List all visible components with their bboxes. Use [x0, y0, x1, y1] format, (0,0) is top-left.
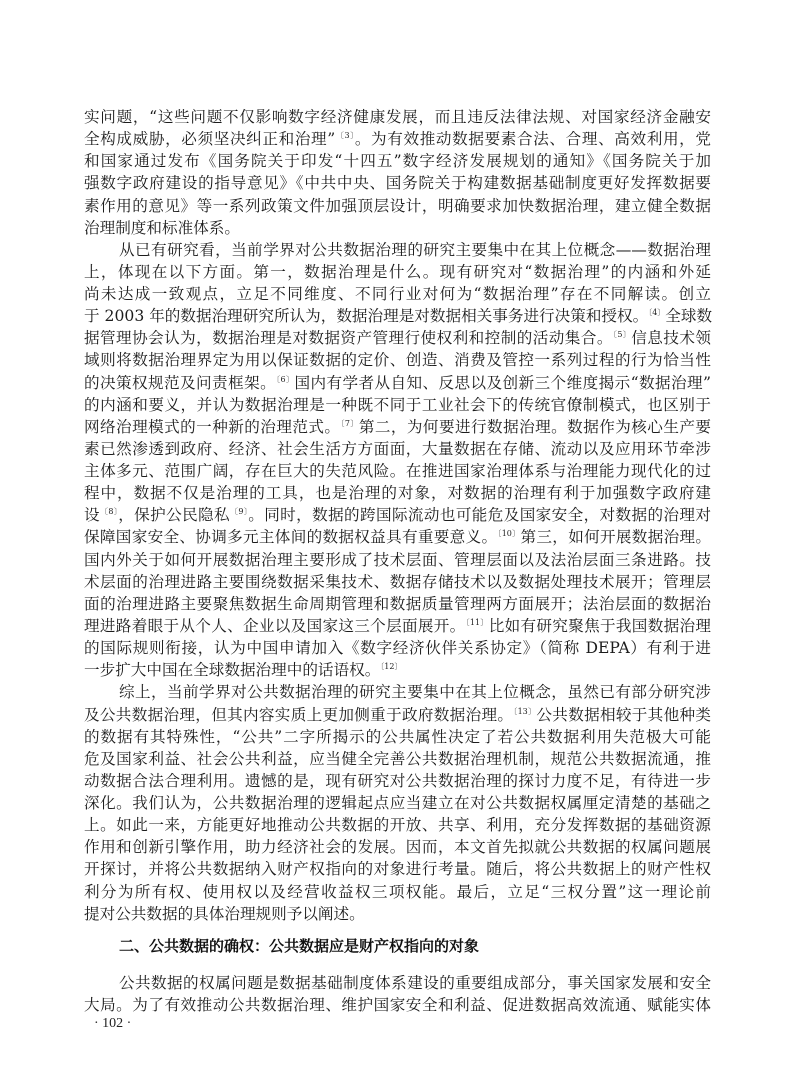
text-line: 主体多元、范围广阔，存在巨大的失范风险。在推进国家治理体系与治理能力现代化的过	[84, 460, 711, 482]
text-line: 全构成威胁，必须坚决纠正和治理”〔3〕。为有效推动数据要素合法、合理、高效利用，…	[84, 128, 711, 150]
text-line: 于 2003 年的数据治理研究所认为，数据治理是对数据相关事务进行决策和授权。〔…	[84, 305, 711, 327]
text-line: 域则将数据治理界定为用以保证数据的定价、创造、消费及管控一系列过程的行为恰当性	[84, 349, 711, 371]
footnote-ref[interactable]: 〔7〕	[340, 419, 358, 428]
text-line: 术层面的治理进路主要围绕数据采集技术、数据存储技术以及数据处理技术展开；管理层	[84, 571, 711, 593]
text-line: 从已有研究看，当前学界对公共数据治理的研究主要集中在其上位概念——数据治理	[119, 239, 711, 261]
text-line: 综上，当前学界对公共数据治理的研究主要集中在其上位概念，虽然已有部分研究涉	[119, 681, 711, 703]
text-line: 的国际规则衔接，认为中国申请加入《数字经济伙伴关系协定》（简称 DEPA）有利于…	[84, 637, 711, 659]
text-line: 的内涵和要义，并认为数据治理是一种既不同于工业社会下的传统官僚制模式，也区别于	[84, 394, 711, 416]
footnote-ref[interactable]: 〔11〕	[466, 618, 489, 627]
footnote-ref[interactable]: 〔10〕	[497, 529, 520, 538]
text-line: 设〔8〕，保护公民隐私〔9〕。同时，数据的跨国际流动也可能危及国家安全，对数据的…	[84, 504, 711, 526]
text-line: 治理制度和标准体系。	[84, 217, 711, 239]
page-number: · 102 ·	[94, 1016, 131, 1032]
footnote-ref[interactable]: 〔8〕	[100, 507, 118, 516]
footnote-ref[interactable]: 〔9〕	[230, 507, 248, 516]
footnote-ref[interactable]: 〔4〕	[648, 308, 665, 317]
document-page: 实问题，“这些问题不仅影响数字经济健康发展，而且违反法律法规、对国家经济金融安全…	[0, 0, 793, 1077]
text-line: 大局。为了有效推动公共数据治理、维护国家安全和利益、促进数据高效流通、赋能实体	[84, 994, 711, 1016]
text-line: 素已然渗透到政府、经济、社会生活方方面面，大量数据在存储、流动以及应用环节牵涉	[84, 438, 711, 460]
text-line: 深化。我们认为，公共数据治理的逻辑起点应当建立在对公共数据权属厘定清楚的基础之	[84, 792, 711, 814]
text-line: 保障国家安全、协调多元主体间的数据权益具有重要意义。〔10〕第三，如何开展数据治…	[84, 526, 711, 548]
footnote-ref[interactable]: 〔3〕	[335, 131, 355, 140]
text-line: 及公共数据治理，但其内容实质上更加侧重于政府数据治理。〔13〕公共数据相较于其他…	[84, 704, 711, 726]
text-line: 上，体现在以下方面。第一，数据治理是什么。现有研究对“数据治理”的内涵和外延	[84, 261, 711, 283]
text-line: 上。如此一来，方能更好地推动公共数据的开放、共享、利用，充分发挥数据的基础资源	[84, 814, 711, 836]
text-line: 动数据合法合理利用。遗憾的是，现有研究对公共数据治理的探讨力度不足，有待进一步	[84, 770, 711, 792]
footnote-ref[interactable]: 〔12〕	[380, 662, 402, 671]
text-line: 据管理协会认为，数据治理是对数据资产管理行使权利和控制的活动集合。〔5〕信息技术…	[84, 327, 711, 349]
text-line: 素作用的意见》等一系列政策文件加强顶层设计，明确要求加快数据治理，建立健全数据	[84, 195, 711, 217]
text-line: 理进路着眼于从个人、企业以及国家这三个层面展开。〔11〕比如有研究聚焦于我国数据…	[84, 615, 711, 637]
footnote-ref[interactable]: 〔13〕	[513, 707, 536, 716]
text-line: 的决策权规范及问责框架。〔6〕国内有学者从自知、反思以及创新三个维度揭示“数据治…	[84, 372, 711, 394]
text-line: 网络治理模式的一种新的治理范式。〔7〕第二，为何要进行数据治理。数据作为核心生产…	[84, 416, 711, 438]
text-line: 开探讨，并将公共数据纳入财产权指向的对象进行考量。随后，将公共数据上的财产性权	[84, 858, 711, 880]
text-line: 危及国家利益、社会公共利益，应当健全完善公共数据治理机制，规范公共数据流通，推	[84, 748, 711, 770]
section-heading: 二、公共数据的确权：公共数据应是财产权指向的对象	[119, 935, 479, 957]
text-line: 强数字政府建设的指导意见》《中共中央、国务院关于构建数据基础制度更好发挥数据要	[84, 172, 711, 194]
text-line: 提对公共数据的具体治理规则予以阐述。	[84, 903, 711, 925]
footnote-ref[interactable]: 〔5〕	[613, 330, 631, 339]
text-line: 利分为所有权、使用权以及经营收益权三项权能。最后，立足“三权分置”这一理论前	[84, 881, 711, 903]
text-line: 公共数据的权属问题是数据基础制度体系建设的重要组成部分，事关国家发展和安全	[119, 972, 711, 994]
text-line: 实问题，“这些问题不仅影响数字经济健康发展，而且违反法律法规、对国家经济金融安	[84, 106, 711, 128]
text-line: 面的治理进路主要聚焦数据生命周期管理和数据质量管理两方面展开；法治层面的数据治	[84, 593, 711, 615]
text-line: 程中，数据不仅是治理的工具，也是治理的对象，对数据的治理有利于加强数字政府建	[84, 482, 711, 504]
text-line: 和国家通过发布《国务院关于印发“十四五”数字经济发展规划的通知》《国务院关于加	[84, 150, 711, 172]
text-line: 国内外关于如何开展数据治理主要形成了技术层面、管理层面以及法治层面三条进路。技	[84, 549, 711, 571]
footnote-ref[interactable]: 〔6〕	[276, 375, 294, 384]
text-line: 作用和创新引擎作用，助力经济社会的发展。因而，本文首先拟就公共数据的权属问题展	[84, 836, 711, 858]
text-line: 一步扩大中国在全球数据治理中的话语权。〔12〕	[84, 659, 711, 681]
text-line: 尚未达成一致观点，立足不同维度、不同行业对何为“数据治理”存在不同解读。创立	[84, 283, 711, 305]
text-line: 的数据有其特殊性，“公共”二字所揭示的公共属性决定了若公共数据利用失范极大可能	[84, 726, 711, 748]
